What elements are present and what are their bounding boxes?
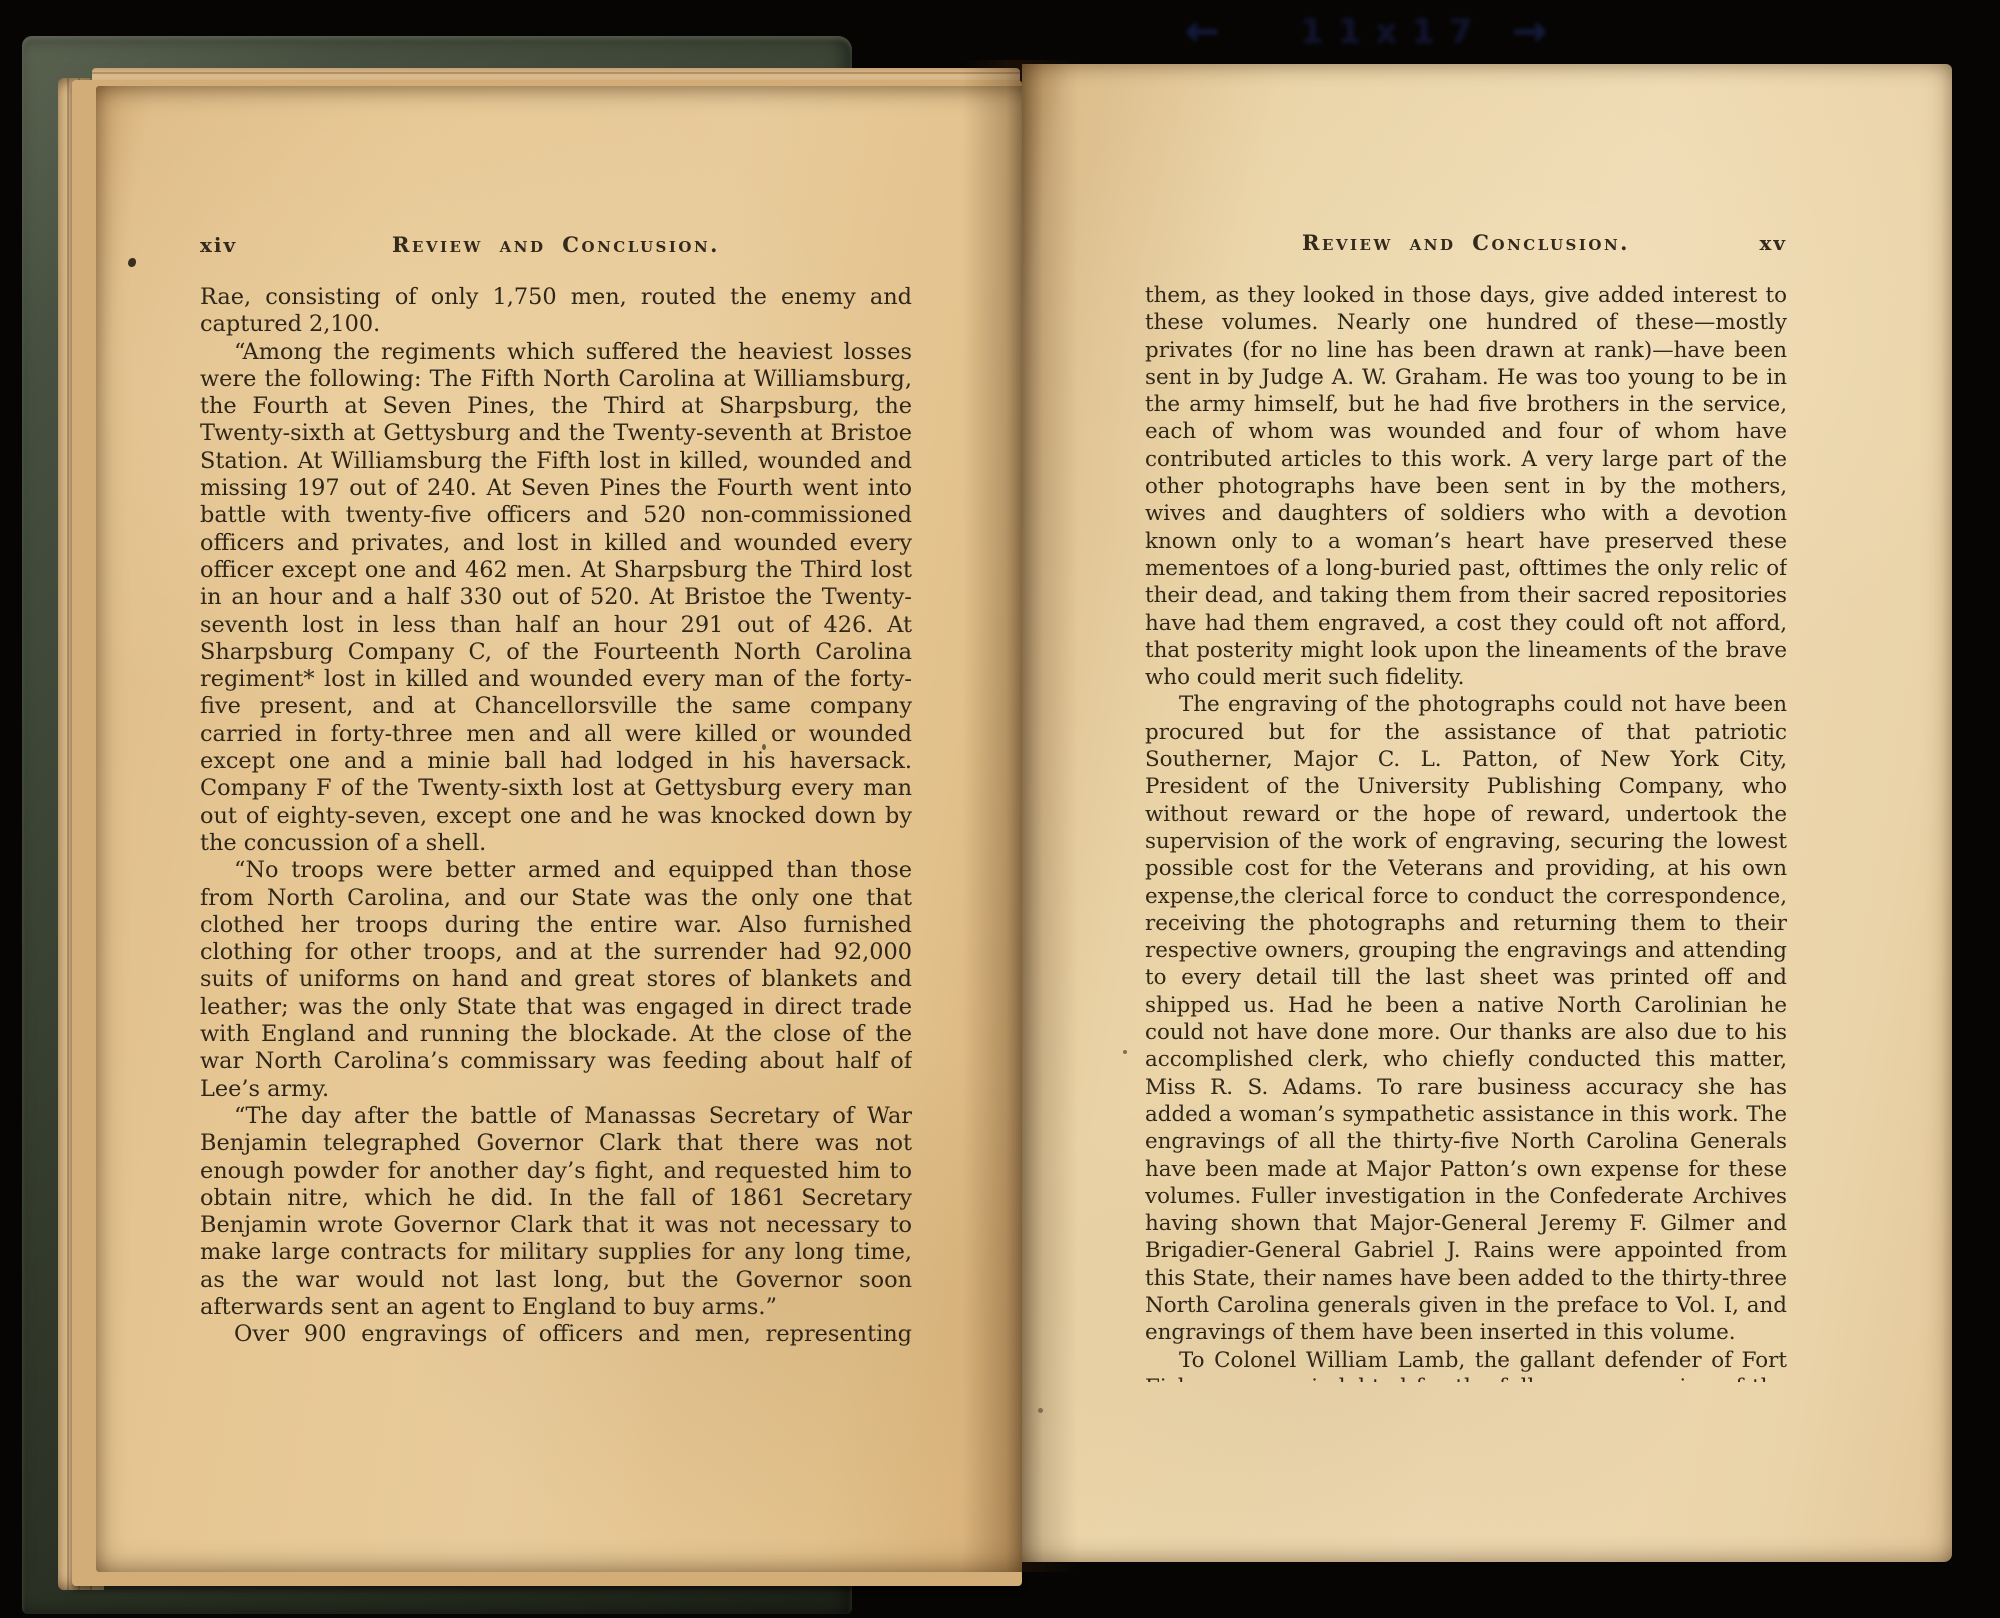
paragraph: “The day after the battle of Manassas Se…	[200, 1103, 912, 1321]
right-page-content: Review and Conclusion. xv them, as they …	[1145, 230, 1787, 1382]
left-running-title: Review and Conclusion.	[290, 232, 822, 257]
ink-speck	[762, 744, 766, 750]
right-page: Review and Conclusion. xv them, as they …	[1022, 64, 1952, 1562]
right-body-text: them, as they looked in those days, give…	[1145, 282, 1787, 1382]
paragraph: Rae, consisting of only 1,750 men, route…	[200, 284, 912, 339]
blue-code-mark: 11x17	[1300, 12, 1487, 52]
left-page-content: xiv Review and Conclusion. Rae, consisti…	[200, 232, 912, 1349]
paragraph: Over 900 engravings of officers and men,…	[200, 1321, 912, 1348]
book-scan: ← 11x17 → xiv Review and Conclusion. Rae…	[0, 0, 2000, 1618]
blue-left-arrow-mark: ←	[1185, 6, 1220, 55]
right-running-title: Review and Conclusion.	[1235, 230, 1697, 255]
paragraph: “Among the regiments which suffered the …	[200, 339, 912, 858]
paragraph: To Colonel William Lamb, the gallant def…	[1145, 1347, 1787, 1382]
right-running-head: Review and Conclusion. xv	[1145, 230, 1787, 255]
ink-speck	[1038, 1408, 1043, 1413]
right-page-number: xv	[1697, 231, 1787, 255]
left-body-text: Rae, consisting of only 1,750 men, route…	[200, 284, 912, 1349]
paragraph: “No troops were better armed and equippe…	[200, 857, 912, 1103]
ink-speck	[1123, 1050, 1127, 1054]
blue-right-arrow-mark: →	[1512, 6, 1547, 55]
left-page: xiv Review and Conclusion. Rae, consisti…	[96, 86, 1022, 1572]
paragraph: The engraving of the photographs could n…	[1145, 691, 1787, 1346]
left-running-head: xiv Review and Conclusion.	[200, 232, 912, 257]
paragraph: them, as they looked in those days, give…	[1145, 282, 1787, 691]
left-page-number: xiv	[200, 233, 290, 257]
